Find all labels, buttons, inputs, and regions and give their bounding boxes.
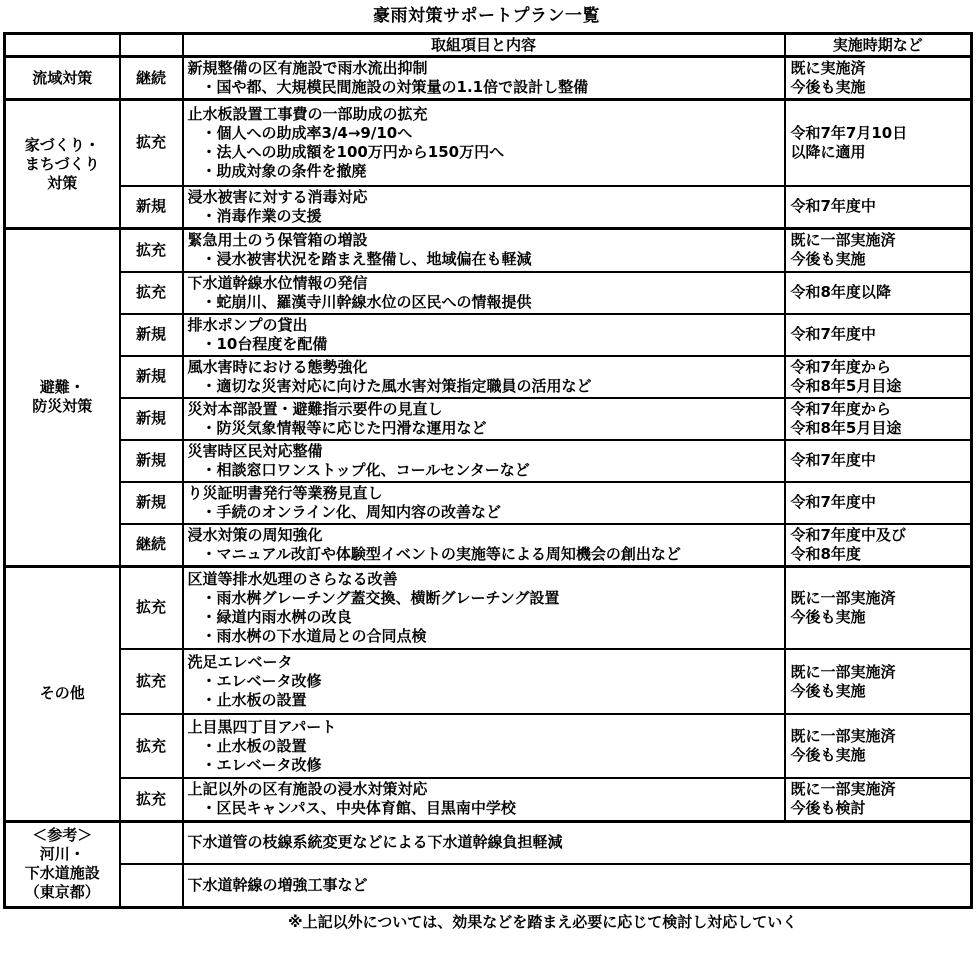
content-line: 洗足エレベータ [188,653,780,672]
content-line: ・適切な災害対応に向けた風水害対策指定職員の活用など [188,377,780,396]
content-cell: 洗足エレベータ・エレベータ改修・止水板の設置 [183,649,785,714]
content-cell: 新規整備の区有施設で雨水流出抑制・国や都、大規模民間施設の対策量の1.1倍で設計… [183,57,785,100]
timing-cell: 令和7年7月10日以降に適用 [785,100,972,186]
content-line: ・国や都、大規模民間施設の対策量の1.1倍で設計し整備 [188,78,780,97]
header-row: 取組項目と内容 実施時期など [5,34,972,57]
table-row: 拡充上目黒四丁目アパート・止水板の設置・エレベータ改修既に一部実施済今後も実施 [5,714,972,778]
table-row: 下水道幹線の増強工事など [5,864,972,907]
status-cell: 拡充 [120,714,183,778]
content-line: 風水害時における態勢強化 [188,358,780,377]
category-cell: その他 [5,566,120,821]
content-line: 排水ポンプの貸出 [188,316,780,335]
table-row: 新規災対本部設置・避難指示要件の見直し・防災気象情報等に応じた円滑な運用など令和… [5,398,972,440]
category-cell: 家づくり・まちづくり対策 [5,100,120,229]
table-row: 継続浸水対策の周知強化・マニュアル改訂や体験型イベントの実施等による周知機会の創… [5,524,972,567]
content-line: ・区民キャンパス、中央体育館、目黒南中学校 [188,799,780,818]
content-line: ・浸水被害状況を踏まえ整備し、地域偏在も軽減 [188,250,780,269]
content-line: ・エレベータ改修 [188,756,780,775]
header-timing-cell: 実施時期など [785,34,972,57]
header-category-cell [5,34,120,57]
content-cell: 上記以外の区有施設の浸水対策対応・区民キャンパス、中央体育館、目黒南中学校 [183,778,785,821]
timing-cell: 既に一部実施済今後も実施 [785,566,972,649]
content-line: ・個人への助成率3/4→9/10へ [188,124,780,143]
timing-cell: 既に実施済今後も実施 [785,57,972,100]
timing-cell: 既に一部実施済今後も実施 [785,229,972,272]
status-cell: 拡充 [120,649,183,714]
content-line: ・10台程度を配備 [188,335,780,354]
support-plan-table: 取組項目と内容 実施時期など 流域対策継続新規整備の区有施設で雨水流出抑制・国や… [3,32,973,909]
content-line: 緊急用土のう保管箱の増設 [188,231,780,250]
header-status-cell [120,34,183,57]
status-cell: 拡充 [120,272,183,314]
category-cell: ＜参考＞河川・下水道施設（東京都） [5,821,120,907]
timing-cell: 既に一部実施済今後も実施 [785,714,972,778]
content-line: 下水道幹線の増強工事など [188,876,967,895]
document-page: 豪雨対策サポートプラン一覧 取組項目と内容 実施時期など 流域対策継続新規整備の… [0,0,978,967]
content-line: ・手続のオンライン化、周知内容の改善など [188,503,780,522]
status-cell: 新規 [120,186,183,229]
content-line: ・止水板の設置 [188,737,780,756]
content-line: ・止水板の設置 [188,691,780,710]
content-line: 上記以外の区有施設の浸水対策対応 [188,780,780,799]
status-cell: 拡充 [120,566,183,649]
content-cell: 下水道管の枝線系統変更などによる下水道幹線負担軽減 [183,821,972,864]
content-line: 浸水対策の周知強化 [188,526,780,545]
status-cell: 新規 [120,482,183,524]
content-line: 上目黒四丁目アパート [188,718,780,737]
content-cell: 区道等排水処理のさらなる改善・雨水桝グレーチング蓋交換、横断グレーチング設置・緑… [183,566,785,649]
content-line: 止水板設置工事費の一部助成の拡充 [188,105,780,124]
content-line: ・防災気象情報等に応じた円滑な運用など [188,419,780,438]
content-line: 災害時区民対応整備 [188,442,780,461]
status-cell: 新規 [120,356,183,398]
content-cell: り災証明書発行等業務見直し・手続のオンライン化、周知内容の改善など [183,482,785,524]
table-row: 拡充洗足エレベータ・エレベータ改修・止水板の設置既に一部実施済今後も実施 [5,649,972,714]
content-line: 新規整備の区有施設で雨水流出抑制 [188,59,780,78]
table-row: 新規風水害時における態勢強化・適切な災害対応に向けた風水害対策指定職員の活用など… [5,356,972,398]
content-cell: 下水道幹線水位情報の発信・蛇崩川、羅漢寺川幹線水位の区民への情報提供 [183,272,785,314]
status-cell: 新規 [120,440,183,482]
content-line: ・エレベータ改修 [188,672,780,691]
timing-cell: 令和7年度中 [785,186,972,229]
timing-cell: 既に一部実施済今後も実施 [785,649,972,714]
timing-cell: 令和8年度以降 [785,272,972,314]
status-cell: 拡充 [120,778,183,821]
content-line: ・法人への助成額を100万円から150万円へ [188,143,780,162]
table-row: 拡充上記以外の区有施設の浸水対策対応・区民キャンパス、中央体育館、目黒南中学校既… [5,778,972,821]
status-cell: 拡充 [120,229,183,272]
content-line: ・蛇崩川、羅漢寺川幹線水位の区民への情報提供 [188,293,780,312]
content-cell: 災対本部設置・避難指示要件の見直し・防災気象情報等に応じた円滑な運用など [183,398,785,440]
content-line: 下水道管の枝線系統変更などによる下水道幹線負担軽減 [188,833,967,852]
content-line: ・消毒作業の支援 [188,207,780,226]
timing-cell: 令和7年度中 [785,314,972,356]
table-row: その他拡充区道等排水処理のさらなる改善・雨水桝グレーチング蓋交換、横断グレーチン… [5,566,972,649]
status-cell [120,864,183,907]
status-cell: 継続 [120,57,183,100]
content-cell: 止水板設置工事費の一部助成の拡充・個人への助成率3/4→9/10へ・法人への助成… [183,100,785,186]
content-line: ・マニュアル改訂や体験型イベントの実施等による周知機会の創出など [188,545,780,564]
timing-cell: 既に一部実施済今後も検討 [785,778,972,821]
content-line: 区道等排水処理のさらなる改善 [188,570,780,589]
timing-cell: 令和7年度から令和8年5月目途 [785,398,972,440]
content-line: 下水道幹線水位情報の発信 [188,274,780,293]
table-row: ＜参考＞河川・下水道施設（東京都）下水道管の枝線系統変更などによる下水道幹線負担… [5,821,972,864]
category-cell: 避難・防災対策 [5,229,120,567]
content-line: ・雨水桝グレーチング蓋交換、横断グレーチング設置 [188,589,780,608]
table-row: 家づくり・まちづくり対策拡充止水板設置工事費の一部助成の拡充・個人への助成率3/… [5,100,972,186]
content-line: り災証明書発行等業務見直し [188,484,780,503]
status-cell [120,821,183,864]
table-row: 新規り災証明書発行等業務見直し・手続のオンライン化、周知内容の改善など令和7年度… [5,482,972,524]
content-line: 浸水被害に対する消毒対応 [188,188,780,207]
status-cell: 新規 [120,398,183,440]
content-line: 災対本部設置・避難指示要件の見直し [188,400,780,419]
content-cell: 下水道幹線の増強工事など [183,864,972,907]
timing-cell: 令和7年度から令和8年5月目途 [785,356,972,398]
header-content-cell: 取組項目と内容 [183,34,785,57]
content-cell: 浸水対策の周知強化・マニュアル改訂や体験型イベントの実施等による周知機会の創出な… [183,524,785,567]
timing-cell: 令和7年度中 [785,440,972,482]
content-cell: 浸水被害に対する消毒対応・消毒作業の支援 [183,186,785,229]
content-cell: 風水害時における態勢強化・適切な災害対応に向けた風水害対策指定職員の活用など [183,356,785,398]
timing-cell: 令和7年度中 [785,482,972,524]
page-title: 豪雨対策サポートプラン一覧 [3,5,970,27]
table-row: 拡充下水道幹線水位情報の発信・蛇崩川、羅漢寺川幹線水位の区民への情報提供令和8年… [5,272,972,314]
table-row: 避難・防災対策拡充緊急用土のう保管箱の増設・浸水被害状況を踏まえ整備し、地域偏在… [5,229,972,272]
content-cell: 緊急用土のう保管箱の増設・浸水被害状況を踏まえ整備し、地域偏在も軽減 [183,229,785,272]
footer-note: ※上記以外については、効果などを踏まえ必要に応じて検討し対応していく [288,912,978,932]
status-cell: 拡充 [120,100,183,186]
status-cell: 新規 [120,314,183,356]
status-cell: 継続 [120,524,183,567]
table-row: 新規排水ポンプの貸出・10台程度を配備令和7年度中 [5,314,972,356]
table-row: 流域対策継続新規整備の区有施設で雨水流出抑制・国や都、大規模民間施設の対策量の1… [5,57,972,100]
content-line: ・緑道内雨水桝の改良 [188,608,780,627]
content-line: ・相談窓口ワンストップ化、コールセンターなど [188,461,780,480]
content-line: ・雨水桝の下水道局との合同点検 [188,627,780,646]
category-cell: 流域対策 [5,57,120,100]
table-row: 新規災害時区民対応整備・相談窓口ワンストップ化、コールセンターなど令和7年度中 [5,440,972,482]
content-line: ・助成対象の条件を撤廃 [188,162,780,181]
content-cell: 上目黒四丁目アパート・止水板の設置・エレベータ改修 [183,714,785,778]
content-cell: 災害時区民対応整備・相談窓口ワンストップ化、コールセンターなど [183,440,785,482]
timing-cell: 令和7年度中及び令和8年度 [785,524,972,567]
table-row: 新規浸水被害に対する消毒対応・消毒作業の支援令和7年度中 [5,186,972,229]
content-cell: 排水ポンプの貸出・10台程度を配備 [183,314,785,356]
